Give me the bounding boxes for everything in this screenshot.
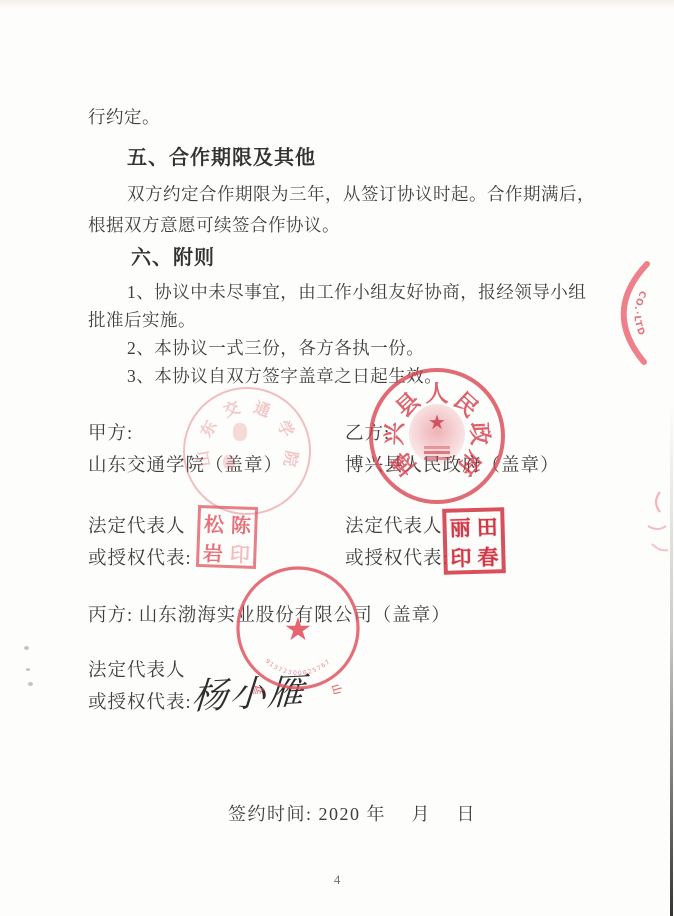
gov-seal-char: 民 (451, 383, 488, 420)
party-a-name: 山东交通学院（盖章） (88, 451, 283, 477)
name-seal-char: 丽 (449, 512, 471, 543)
college-seal-char: 交 (215, 393, 248, 426)
section-5-heading: 五、合作期限及其他 (127, 141, 316, 170)
scan-speck (28, 682, 33, 686)
college-seal-char: 东 (191, 411, 227, 447)
name-seal-char: 田 (476, 511, 498, 542)
party-b-rep-line-2: 或授权代表: (345, 544, 449, 570)
section-5-paragraph-line-2: 根据双方意愿可续签合作协议。 (88, 212, 340, 237)
gov-seal-char: 县 (386, 383, 423, 420)
party-a-rep-line-2: 或授权代表: (88, 544, 192, 570)
page-number: 4 (334, 873, 341, 888)
section-6-heading: 六、附则 (131, 241, 215, 270)
name-seal-char: 岩 (202, 537, 223, 567)
party-a-rep-line-1: 法定代表人 (88, 512, 186, 538)
section-5-paragraph-line-1: 双方约定合作期限为三年，从签订协议时起。合作期满后， (127, 181, 595, 206)
section-6-item-1-line-2: 批准后实施。 (88, 307, 196, 332)
ink-blot (233, 423, 247, 441)
emblem-star-icon: ★ (428, 410, 446, 435)
section-6-item-2: 2、本协议一式三份，各方各执一份。 (127, 335, 424, 360)
scanned-agreement-page: 行约定。 五、合作期限及其他 双方约定合作期限为三年，从签订协议时起。合作期满后… (0, 0, 674, 916)
sign-date-line: 签约时间: 2020 年 月 日 (228, 800, 476, 826)
party-a-label: 甲方: (88, 419, 133, 445)
name-seal-party-a-rep: 松 陈 岩 印 (196, 505, 258, 569)
section-6-item-3: 3、本协议自双方签字盖章之日起生效。 (127, 363, 442, 388)
scan-speck (26, 668, 30, 671)
party-b-label: 乙方: (345, 419, 390, 445)
party-c-label-and-name: 丙方: 山东渤海实业股份有限公司（盖章） (88, 601, 451, 627)
scan-speck (24, 646, 29, 650)
party-c-rep-line-1: 法定代表人 (88, 656, 186, 682)
gov-seal-char: 政 (471, 420, 498, 447)
seal-fragment-stroke (648, 526, 666, 529)
edge-partial-seal: CO.·LTD (552, 248, 667, 373)
name-seal-char: 印 (450, 542, 472, 573)
party-c-handwritten-signature: 杨小雁 (190, 663, 307, 720)
scan-edge-top (0, 0, 674, 9)
name-seal-char: 春 (477, 541, 499, 572)
faint-seal-fragment (638, 482, 674, 574)
name-seal-char: 陈 (230, 509, 251, 539)
scan-edge-right (670, 400, 673, 916)
svg-text:CO.·LTD: CO.·LTD (631, 289, 647, 339)
name-seal-char: 印 (229, 538, 250, 568)
seal-fragment-stroke (652, 544, 668, 550)
carry-over-line: 行约定。 (88, 104, 160, 129)
section-6-item-1-line-1: 1、协议中未尽事宜，由工作小组友好协商，报经领导小组 (127, 279, 586, 304)
name-seal-party-b-rep: 丽 田 印 春 (442, 507, 506, 575)
name-seal-char: 松 (203, 508, 224, 538)
party-b-name: 博兴县人民政府（盖章） (345, 451, 560, 477)
edge-seal-text: CO.·LTD (631, 289, 647, 339)
party-b-rep-line-1: 法定代表人 (345, 512, 443, 538)
edge-seal-arc (624, 264, 647, 362)
college-seal-char: 学 (267, 411, 303, 447)
party-c-rep-line-2: 或授权代表: (88, 688, 192, 714)
college-seal-char: 通 (245, 393, 278, 426)
seal-fragment-stroke (656, 492, 660, 512)
